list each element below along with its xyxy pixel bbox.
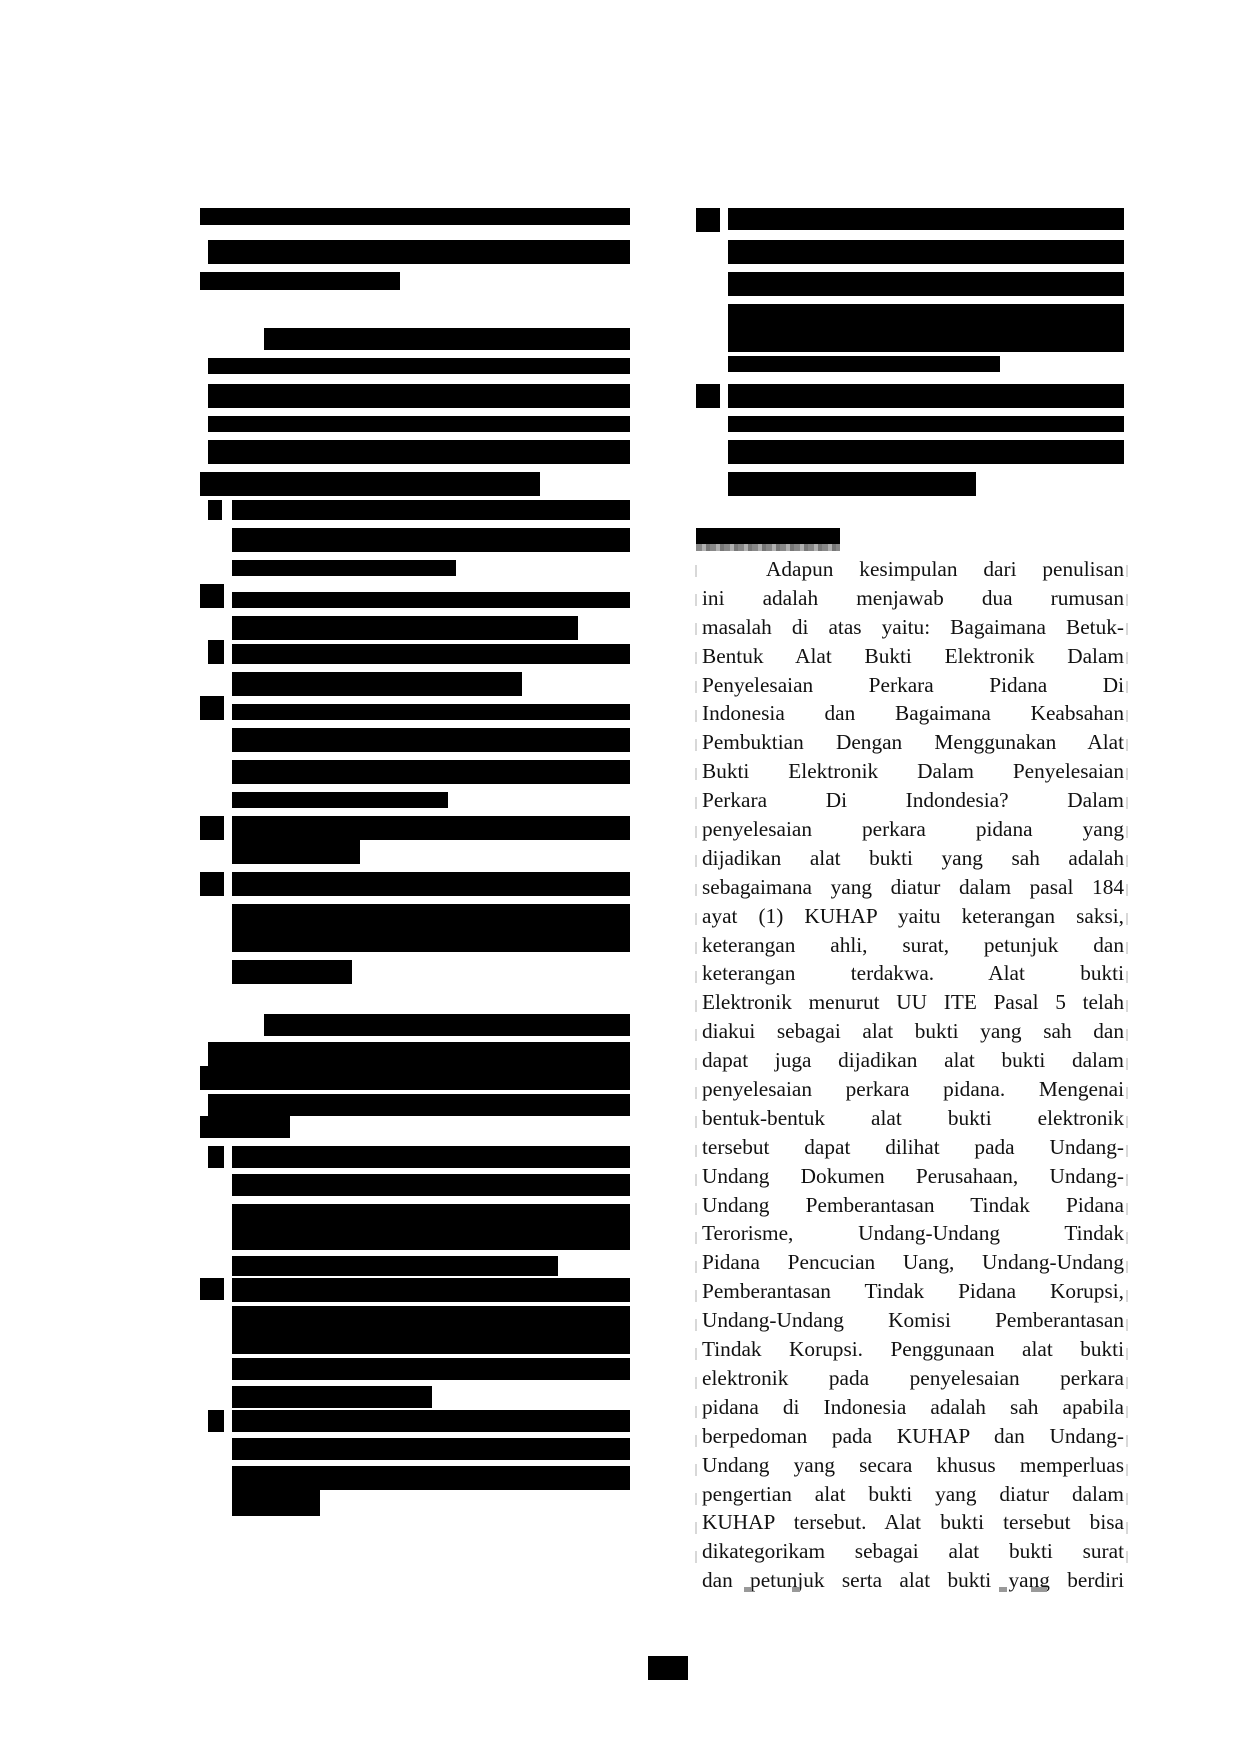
redaction-bar	[232, 1146, 630, 1168]
redaction-bar	[232, 1358, 630, 1380]
redaction-bar	[264, 328, 630, 350]
redaction-bar	[232, 960, 352, 984]
redaction-bar	[232, 760, 630, 784]
text-line: pidana di Indonesia adalah sah apabila	[702, 1393, 1124, 1422]
text-line: Terorisme, Undang-Undang Tindak	[702, 1219, 1124, 1248]
redaction-bar	[200, 272, 400, 290]
redaction-bar	[232, 644, 630, 664]
text-line: elektronik pada penyelesaian perkara	[702, 1364, 1124, 1393]
list-marker-redacted	[200, 872, 224, 896]
text-line: dikategorikam sebagai alat bukti surat	[702, 1537, 1124, 1566]
text-line: Pidana Pencucian Uang, Undang-Undang	[702, 1248, 1124, 1277]
redaction-bar	[232, 1438, 630, 1460]
text-line: Undang-Undang Komisi Pemberantasan	[702, 1306, 1124, 1335]
text-line: Penyelesaian Perkara Pidana Di	[702, 671, 1124, 700]
redaction-bar	[232, 1386, 432, 1408]
text-line: dan petunjuk serta alat bukti yang berdi…	[702, 1566, 1124, 1595]
text-line: pengertian alat bukti yang diatur dalam	[702, 1480, 1124, 1509]
redaction-bar	[208, 358, 630, 374]
text-line: keterangan terdakwa. Alat bukti	[702, 959, 1124, 988]
text-line: ayat (1) KUHAP yaitu keterangan saksi,	[702, 902, 1124, 931]
list-marker-redacted	[200, 1278, 224, 1300]
left-margin-artifact	[695, 555, 697, 1575]
text-line: penyelesaian perkara pidana. Mengenai	[702, 1075, 1124, 1104]
redaction-bar	[232, 1174, 630, 1196]
text-line: Indonesia dan Bagaimana Keabsahan	[702, 699, 1124, 728]
list-marker-redacted	[200, 696, 224, 720]
text-line: tersebut dapat dilihat pada Undang-	[702, 1133, 1124, 1162]
section-heading-redacted	[696, 528, 840, 544]
text-line: keterangan ahli, surat, petunjuk dan	[702, 931, 1124, 960]
redaction-bar	[232, 1306, 630, 1330]
text-line: berpedoman pada KUHAP dan Undang-	[702, 1422, 1124, 1451]
text-line: Bentuk Alat Bukti Elektronik Dalam	[702, 642, 1124, 671]
text-line: Adapun kesimpulan dari penulisan	[702, 555, 1124, 584]
redaction-bar	[200, 208, 630, 225]
text-line: Undang Dokumen Perusahaan, Undang-	[702, 1162, 1124, 1191]
redaction-bar	[728, 384, 1124, 408]
redaction-bar	[232, 872, 630, 896]
redaction-bar	[232, 1226, 630, 1250]
redaction-bar	[232, 1256, 558, 1276]
text-line: dijadikan alat bukti yang sah adalah	[702, 844, 1124, 873]
redaction-bar	[232, 704, 630, 720]
text-line: dapat juga dijadikan alat bukti dalam	[702, 1046, 1124, 1075]
text-line: Pembuktian Dengan Menggunakan Alat	[702, 728, 1124, 757]
redaction-bar	[728, 328, 1124, 352]
text-line: sebagaimana yang diatur dalam pasal 184	[702, 873, 1124, 902]
redaction-bar	[208, 1042, 630, 1066]
redaction-bar	[232, 672, 522, 696]
section-heading-artifact	[696, 544, 840, 551]
conclusion-paragraph: Adapun kesimpulan dari penulisan ini ada…	[702, 555, 1124, 1595]
redaction-bar	[232, 1490, 320, 1516]
text-line: bentuk-bentuk alat bukti elektronik	[702, 1104, 1124, 1133]
redaction-bar	[232, 728, 630, 752]
redaction-bar	[232, 1204, 630, 1228]
text-line: Bukti Elektronik Dalam Penyelesaian	[702, 757, 1124, 786]
text-line: penyelesaian perkara pidana yang	[702, 815, 1124, 844]
text-line: diakui sebagai alat bukti yang sah dan	[702, 1017, 1124, 1046]
document-page: Adapun kesimpulan dari penulisan ini ada…	[0, 0, 1240, 1754]
redaction-bar	[232, 816, 630, 840]
redaction-bar	[232, 500, 630, 520]
redaction-bar	[232, 840, 360, 864]
list-marker-redacted	[200, 584, 224, 608]
text-line: KUHAP tersebut. Alat bukti tersebut bisa	[702, 1508, 1124, 1537]
redaction-bar	[208, 440, 630, 464]
text-line: Pemberantasan Tindak Pidana Korupsi,	[702, 1277, 1124, 1306]
redaction-bar	[728, 304, 1124, 328]
redaction-bar	[264, 1014, 630, 1036]
text-line: ini adalah menjawab dua rumusan	[702, 584, 1124, 613]
redaction-bar	[208, 384, 630, 408]
redaction-bar	[200, 1066, 630, 1090]
list-marker-redacted	[200, 816, 224, 840]
redaction-bar	[232, 904, 630, 928]
list-marker-redacted	[696, 384, 720, 408]
page-number-redacted	[648, 1656, 688, 1680]
redaction-bar	[232, 592, 630, 608]
list-marker-redacted	[208, 500, 222, 520]
text-line: masalah di atas yaitu: Bagaimana Betuk-	[702, 613, 1124, 642]
redaction-bar	[200, 472, 540, 496]
redaction-bar	[728, 356, 1000, 372]
redaction-bar	[208, 1094, 630, 1116]
text-line: Elektronik menurut UU ITE Pasal 5 telah	[702, 988, 1124, 1017]
redaction-bar	[232, 1466, 630, 1490]
redaction-bar	[232, 616, 578, 640]
text-line: Undang yang secara khusus memperluas	[702, 1451, 1124, 1480]
redaction-bar	[728, 240, 1124, 264]
redaction-bar	[728, 472, 976, 496]
redaction-bar	[208, 240, 630, 264]
redaction-bar	[232, 1410, 630, 1432]
list-marker-redacted	[696, 208, 720, 232]
redaction-bar	[200, 1116, 290, 1138]
redaction-bar	[232, 1278, 630, 1302]
list-marker-redacted	[208, 1410, 224, 1432]
text-line: Undang Pemberantasan Tindak Pidana	[702, 1191, 1124, 1220]
redaction-bar	[728, 208, 1124, 230]
list-marker-redacted	[208, 1146, 224, 1168]
right-margin-artifact	[1126, 555, 1128, 1575]
text-line: Perkara Di Indondesia? Dalam	[702, 786, 1124, 815]
list-marker-redacted	[208, 640, 224, 664]
redaction-bar	[232, 560, 456, 576]
redaction-bar	[208, 416, 630, 432]
redaction-bar	[728, 416, 1124, 432]
redaction-bar	[232, 528, 630, 552]
redaction-bar	[728, 272, 1124, 296]
redaction-bar	[728, 440, 1124, 464]
redaction-bar	[232, 928, 630, 952]
text-line: Tindak Korupsi. Penggunaan alat bukti	[702, 1335, 1124, 1364]
redaction-bar	[232, 792, 448, 808]
redaction-bar	[232, 1330, 630, 1354]
